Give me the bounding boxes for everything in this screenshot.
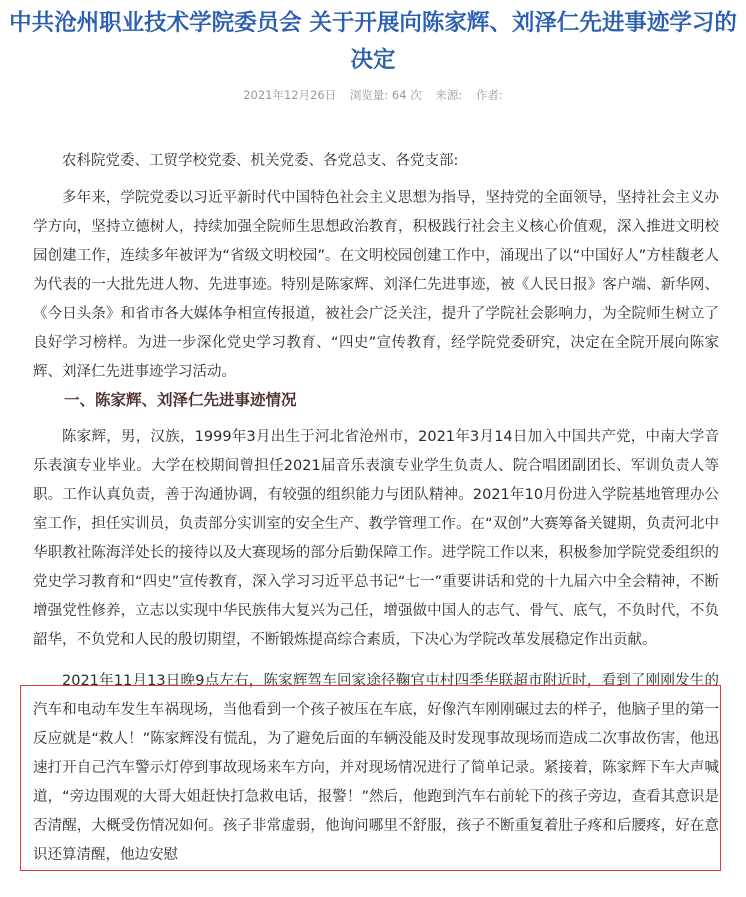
article-body: 农科院党委、工贸学校党委、机关党委、各党总支、各党支部: 多年来，学院党委以习近…	[33, 147, 719, 870]
biography-paragraph: 陈家辉，男，汉族，1999年3月出生于河北省沧州市，2021年3月14日加入中国…	[33, 423, 719, 655]
intro-paragraph: 多年来，学院党委以习近平新时代中国特色社会主义思想为指导，坚持党的全面领导，坚持…	[33, 184, 719, 387]
source-label: 来源:	[435, 88, 462, 102]
article-meta: 2021年12月26日 浏览量: 64 次 来源: 作者:	[0, 87, 746, 103]
rescue-paragraph: 2021年11月13日晚9点左右，陈家辉驾车回家途径鞠官屯村四季华联超市附近时，…	[33, 667, 719, 870]
article-title: 中共沧州职业技术学院委员会 关于开展向陈家辉、刘泽仁先进事迹学习的决定	[0, 5, 746, 79]
publish-date: 2021年12月26日	[243, 88, 336, 102]
section-heading: 一、陈家辉、刘泽仁先进事迹情况	[33, 387, 719, 413]
author-label: 作者:	[476, 88, 503, 102]
view-count: 浏览量: 64 次	[350, 88, 422, 102]
salutation: 农科院党委、工贸学校党委、机关党委、各党总支、各党支部:	[33, 147, 719, 176]
